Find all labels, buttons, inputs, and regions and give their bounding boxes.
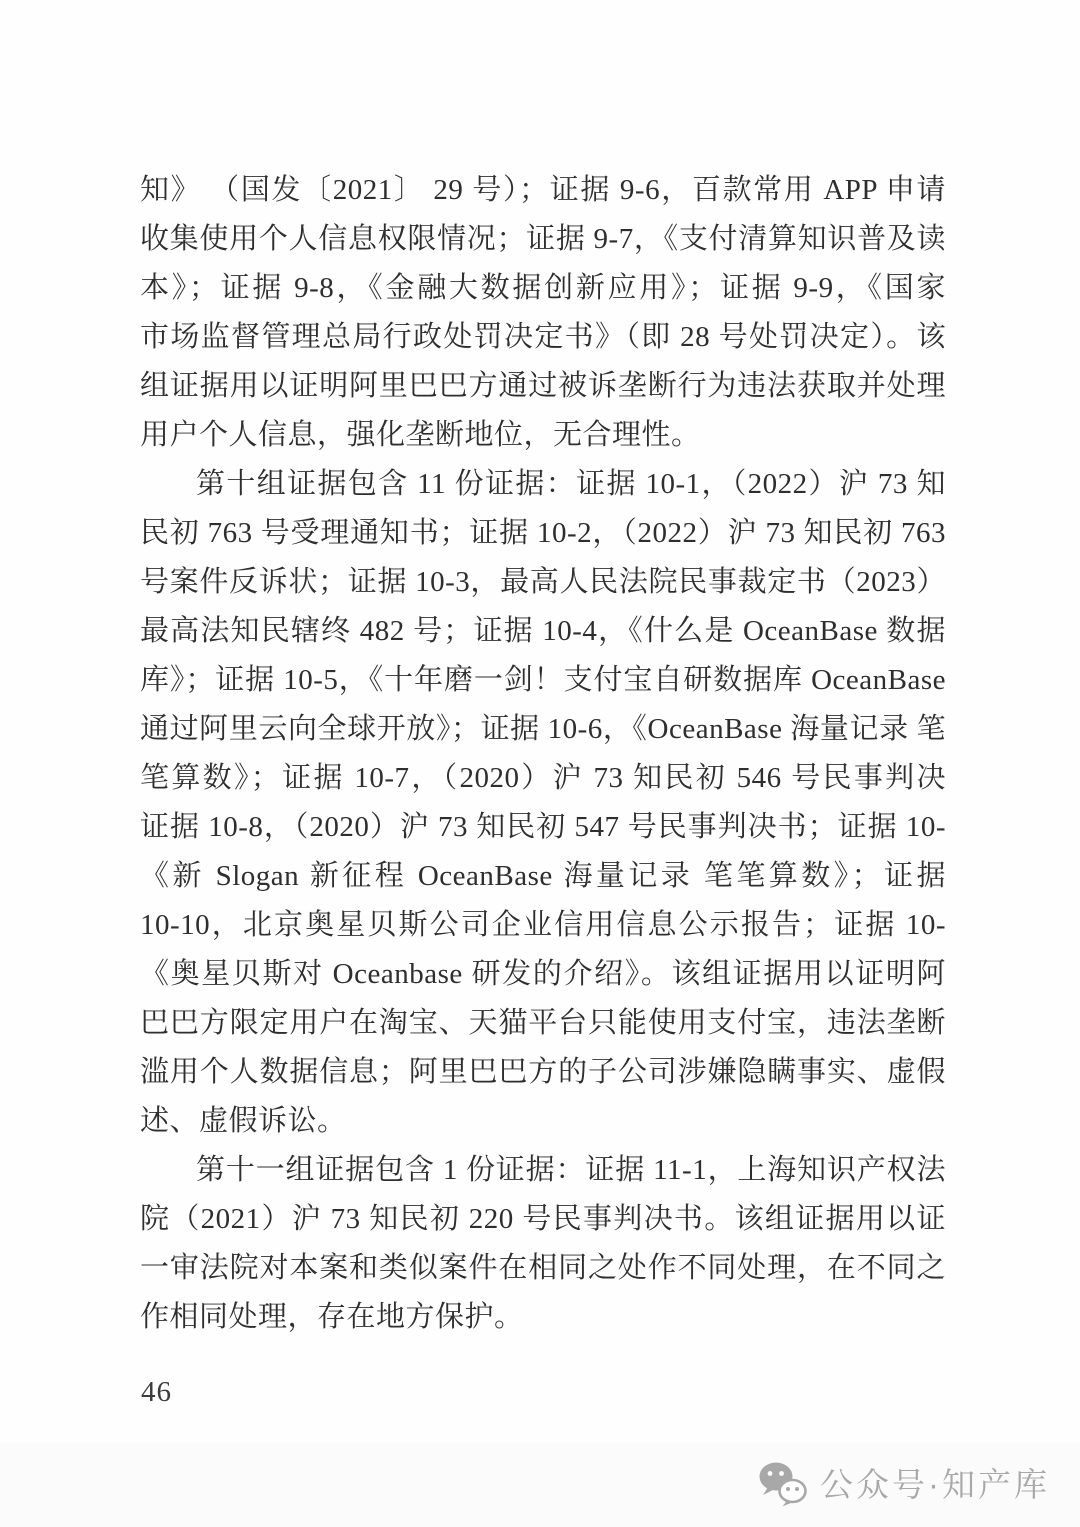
text-line: 作相同处理，存在地方保护。	[140, 1293, 946, 1342]
text-line: 证据 10-8，（2020）沪 73 知民初 547 号民事判决书；证据 10-…	[140, 803, 946, 852]
text-line: 院（2021）沪 73 知民初 220 号民事判决书。该组证据用以证明	[140, 1195, 946, 1244]
body-text: 知》 （国发〔2021〕 29 号）；证据 9-6，百款常用 APP 申请收集使…	[140, 166, 946, 1342]
text-line: 一审法院对本案和类似案件在相同之处作不同处理，在不同之处	[140, 1244, 946, 1293]
watermark-footer: 公众号·知产库	[758, 1458, 1050, 1510]
text-line: 述、虚假诉讼。	[140, 1097, 946, 1146]
text-line: 市场监督管理总局行政处罚决定书》（即 28 号处罚决定）。该	[140, 313, 946, 362]
text-line: 《新 Slogan 新征程 OceanBase 海量记录 笔笔算数》；证据	[140, 852, 946, 901]
text-line: 滥用个人数据信息；阿里巴巴方的子公司涉嫌隐瞒事实、虚假陈	[140, 1048, 946, 1097]
page-number: 46	[141, 1376, 172, 1409]
text-line: 组证据用以证明阿里巴巴方通过被诉垄断行为违法获取并处理	[140, 362, 946, 411]
text-line: 号案件反诉状；证据 10-3，最高人民法院民事裁定书（2023）	[140, 558, 946, 607]
text-line: 第十组证据包含 11 份证据：证据 10-1，（2022）沪 73 知	[140, 460, 946, 509]
text-line: 最高法知民辖终 482 号；证据 10-4，《什么是 OceanBase 数据	[140, 607, 946, 656]
text-line: 知》 （国发〔2021〕 29 号）；证据 9-6，百款常用 APP 申请	[140, 166, 946, 215]
text-line: 民初 763 号受理通知书；证据 10-2，（2022）沪 73 知民初 763	[140, 509, 946, 558]
watermark-label: 公众号·知产库	[820, 1468, 1050, 1501]
text-line: 收集使用个人信息权限情况；证据 9-7，《支付清算知识普及读	[140, 215, 946, 264]
text-line: 库》；证据 10-5，《十年磨一剑！支付宝自研数据库 OceanBase	[140, 656, 946, 705]
wechat-icon	[758, 1461, 808, 1508]
text-line: 巴巴方限定用户在淘宝、天猫平台只能使用支付宝，违法垄断并	[140, 999, 946, 1048]
text-line: 第十一组证据包含 1 份证据：证据 11-1，上海知识产权法	[140, 1146, 946, 1195]
text-line: 用户个人信息，强化垄断地位，无合理性。	[140, 411, 946, 460]
text-line: 本》；证据 9-8，《金融大数据创新应用》；证据 9-9，《国家	[140, 264, 946, 313]
text-line: 《奥星贝斯对 Oceanbase 研发的介绍》。该组证据用以证明阿里	[140, 950, 946, 999]
text-line: 10-10，北京奥星贝斯公司企业信用信息公示报告；证据 10-11，	[140, 901, 946, 950]
document-page: 知》 （国发〔2021〕 29 号）；证据 9-6，百款常用 APP 申请收集使…	[0, 0, 1080, 1527]
text-line: 笔算数》；证据 10-7，（2020）沪 73 知民初 546 号民事判决书；	[140, 754, 946, 803]
text-line: 通过阿里云向全球开放》；证据 10-6，《OceanBase 海量记录 笔	[140, 705, 946, 754]
